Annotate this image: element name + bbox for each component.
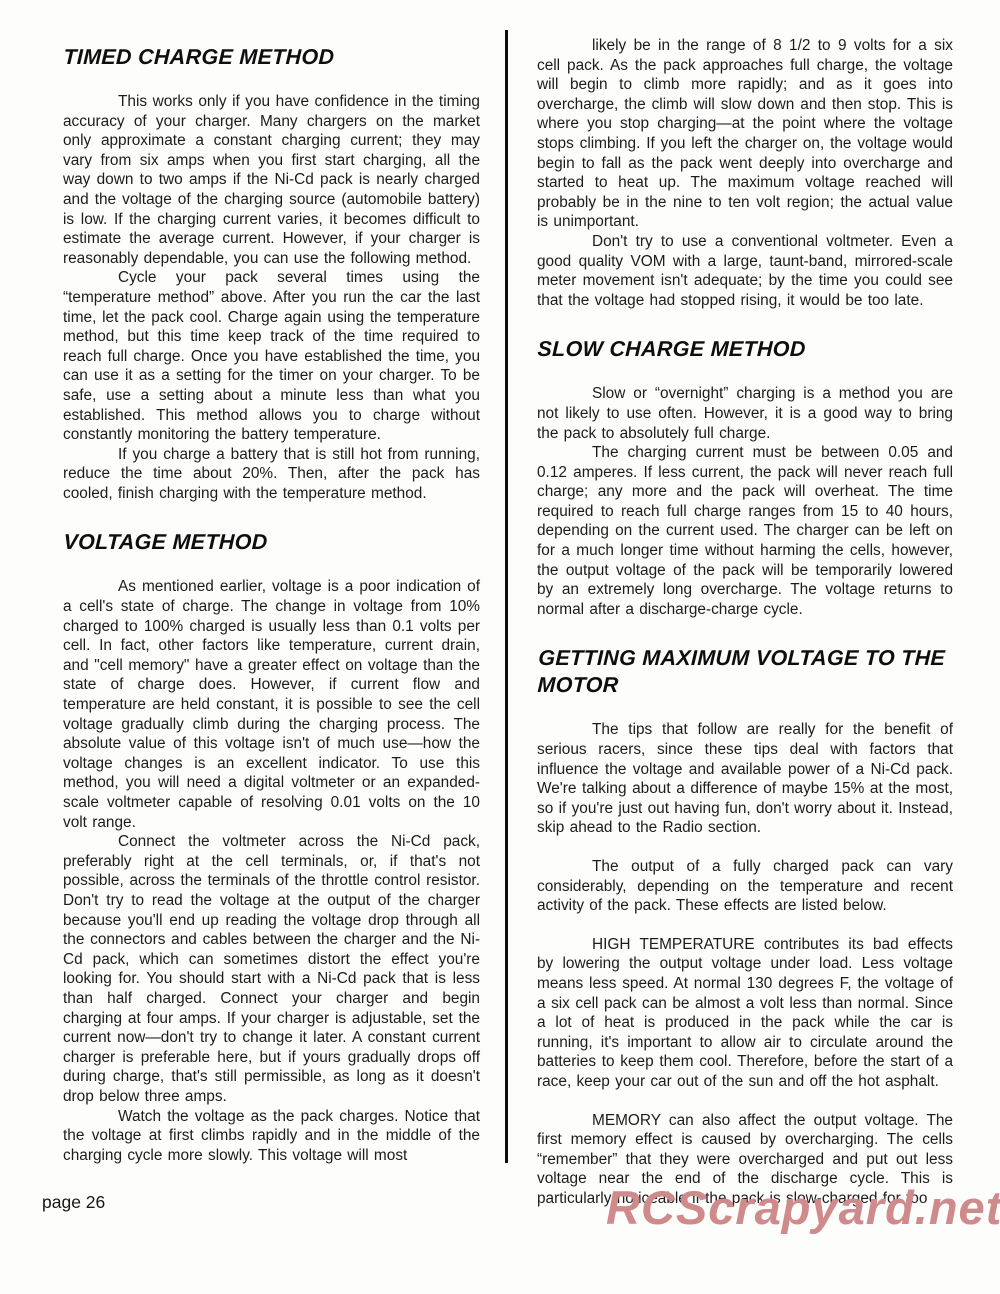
section-heading-timed-charge-method: TIMED CHARGE METHOD xyxy=(63,44,481,71)
manual-page: TIMED CHARGE METHOD This works only if y… xyxy=(0,0,1000,1294)
paragraph: This works only if you have confidence i… xyxy=(63,92,480,268)
paragraph: likely be in the range of 8 1/2 to 9 vol… xyxy=(537,36,953,232)
right-column: likely be in the range of 8 1/2 to 9 vol… xyxy=(537,36,953,1209)
rcscrapyard-watermark: RCScrapyard.net xyxy=(606,1180,1000,1235)
paragraph: Connect the voltmeter across the Ni-Cd p… xyxy=(63,832,480,1106)
paragraph: HIGH TEMPERATURE contributes its bad eff… xyxy=(537,935,953,1092)
left-column: TIMED CHARGE METHOD This works only if y… xyxy=(63,40,480,1165)
paragraph: If you charge a battery that is still ho… xyxy=(63,445,480,504)
column-divider-rule xyxy=(505,30,508,1163)
paragraph: Cycle your pack several times using the … xyxy=(63,268,480,444)
paragraph: Don't try to use a conventional voltmete… xyxy=(537,232,953,310)
section-heading-slow-charge-method: SLOW CHARGE METHOD xyxy=(537,336,954,363)
paragraph: The output of a fully charged pack can v… xyxy=(537,857,953,916)
section-heading-getting-maximum-voltage: GETTING MAXIMUM VOLTAGE TO THE MOTOR xyxy=(537,645,955,699)
paragraph: The charging current must be between 0.0… xyxy=(537,443,953,619)
section-heading-voltage-method: VOLTAGE METHOD xyxy=(63,529,481,556)
paragraph: Slow or “overnight” charging is a method… xyxy=(537,384,953,443)
paragraph: The tips that follow are really for the … xyxy=(537,720,953,838)
paragraph: Watch the voltage as the pack charges. N… xyxy=(63,1107,480,1166)
page-number-label: page 26 xyxy=(42,1192,105,1213)
paragraph: As mentioned earlier, voltage is a poor … xyxy=(63,577,480,832)
